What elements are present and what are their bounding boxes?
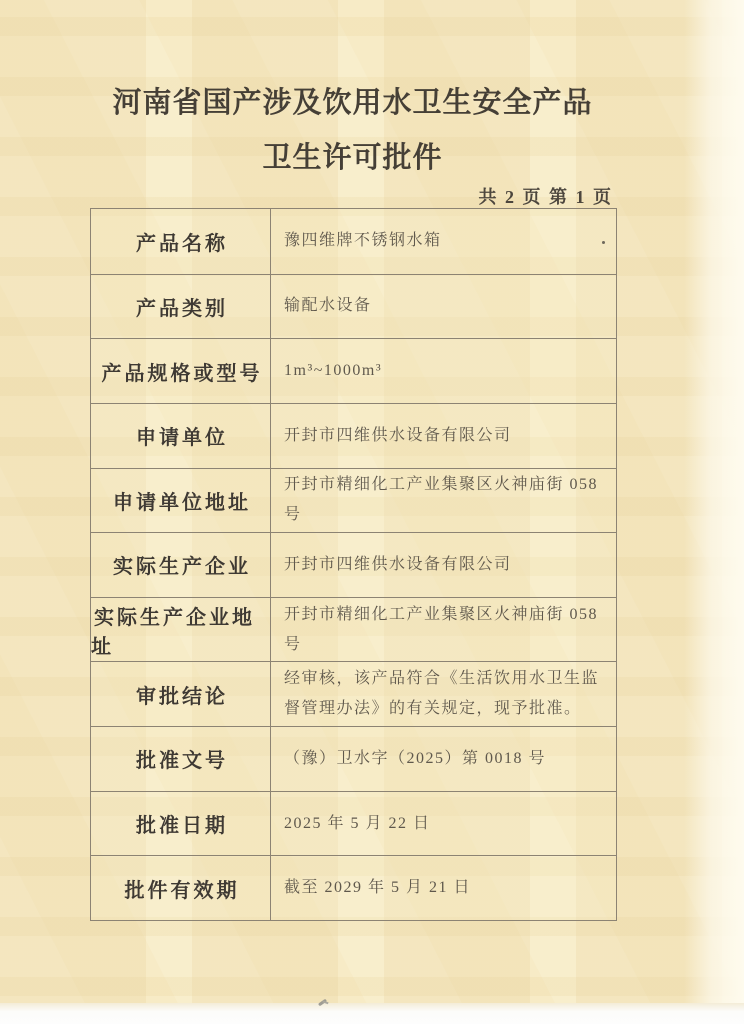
table-row: 产品名称 豫四维牌不锈钢水箱 [91, 209, 616, 274]
row-label: 批准日期 [91, 792, 271, 856]
row-label: 实际生产企业 [91, 533, 271, 597]
table-row: 批准日期 2025 年 5 月 22 日 [91, 791, 616, 856]
page-bottom-edge [0, 1003, 744, 1024]
row-value: 1m³~1000m³ [271, 339, 616, 403]
table-row: 产品类别 输配水设备 [91, 274, 616, 339]
row-value: 2025 年 5 月 22 日 [271, 792, 616, 856]
row-label: 审批结论 [91, 662, 271, 726]
row-label: 产品规格或型号 [91, 339, 271, 403]
row-value: 开封市精细化工产业集聚区火神庙街 058 号 [271, 598, 616, 662]
row-value: 开封市四维供水设备有限公司 [271, 404, 616, 468]
row-label: 实际生产企业地址 [91, 598, 271, 662]
row-label: 产品名称 [91, 209, 271, 274]
table-row: 实际生产企业地址 开封市精细化工产业集聚区火神庙街 058 号 [91, 597, 616, 662]
table-row: 申请单位 开封市四维供水设备有限公司 [91, 403, 616, 468]
table-row: 批件有效期 截至 2029 年 5 月 21 日 [91, 855, 616, 920]
scanned-document-page: 河南省国产涉及饮用水卫生安全产品 卫生许可批件 共 2 页 第 1 页 产品名称… [0, 0, 744, 1024]
row-label: 批准文号 [91, 727, 271, 791]
row-value: 豫四维牌不锈钢水箱 [271, 209, 616, 274]
approval-table: 产品名称 豫四维牌不锈钢水箱 产品类别 输配水设备 产品规格或型号 1m³~10… [90, 208, 617, 921]
row-label: 申请单位地址 [91, 469, 271, 533]
ink-speck [318, 999, 327, 1007]
row-label: 产品类别 [91, 275, 271, 339]
row-value: 截至 2029 年 5 月 21 日 [271, 856, 616, 920]
table-row: 实际生产企业 开封市四维供水设备有限公司 [91, 532, 616, 597]
table-row: 批准文号 （豫）卫水字（2025）第 0018 号 [91, 726, 616, 791]
document-title-line1: 河南省国产涉及饮用水卫生安全产品 [0, 86, 705, 120]
table-row: 产品规格或型号 1m³~1000m³ [91, 338, 616, 403]
row-value: 开封市四维供水设备有限公司 [271, 533, 616, 597]
row-label: 申请单位 [91, 404, 271, 468]
row-value: （豫）卫水字（2025）第 0018 号 [271, 727, 616, 791]
document-title-line2: 卫生许可批件 [0, 141, 705, 175]
row-label: 批件有效期 [91, 856, 271, 920]
row-value: 开封市精细化工产业集聚区火神庙街 058 号 [271, 469, 616, 533]
row-value: 经审核，该产品符合《生活饮用水卫生监督管理办法》的有关规定，现予批准。 [271, 662, 616, 726]
page-number-info: 共 2 页 第 1 页 [479, 183, 614, 209]
row-value: 输配水设备 [271, 275, 616, 339]
table-row: 审批结论 经审核，该产品符合《生活饮用水卫生监督管理办法》的有关规定，现予批准。 [91, 661, 616, 726]
table-row: 申请单位地址 开封市精细化工产业集聚区火神庙街 058 号 [91, 468, 616, 533]
